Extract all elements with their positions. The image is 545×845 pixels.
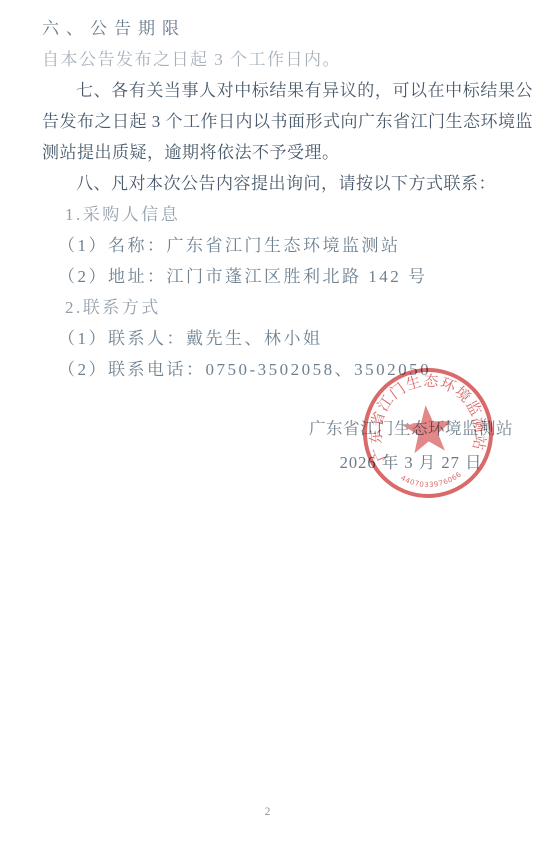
contact-phone-line: （2）联系电话：0750-3502058、3502050: [58, 354, 533, 385]
purchaser-name-line: （1）名称：广东省江门生态环境监测站: [58, 230, 533, 261]
signature-block: 广东省江门生态环境监测站 2026 年 3 月 27 日: [309, 412, 513, 480]
document-page: 六、公告期限 自本公告发布之日起 3 个工作日内。 七、各有关当事人对中标结果有…: [0, 0, 545, 845]
signature-organization: 广东省江门生态环境监测站: [309, 412, 513, 446]
purchaser-info-heading: 1.采购人信息: [65, 199, 533, 230]
page-number: 2: [0, 806, 535, 818]
purchaser-address-line: （2）地址：江门市蓬江区胜利北路 142 号: [58, 261, 533, 292]
announcement-period-line: 自本公告发布之日起 3 个工作日内。: [42, 44, 533, 75]
contact-method-heading: 2.联系方式: [65, 292, 533, 323]
signature-date: 2026 年 3 月 27 日: [309, 446, 513, 480]
section-6-heading: 六、公告期限: [42, 13, 533, 44]
announcement-body: 六、公告期限 自本公告发布之日起 3 个工作日内。 七、各有关当事人对中标结果有…: [42, 13, 533, 385]
section-7-paragraph: 七、各有关当事人对中标结果有异议的，可以在中标结果公告发布之日起 3 个工作日内…: [42, 75, 533, 168]
section-8-paragraph: 八、凡对本次公告内容提出询问，请按以下方式联系：: [42, 168, 533, 199]
contact-person-line: （1）联系人：戴先生、林小姐: [58, 323, 533, 354]
